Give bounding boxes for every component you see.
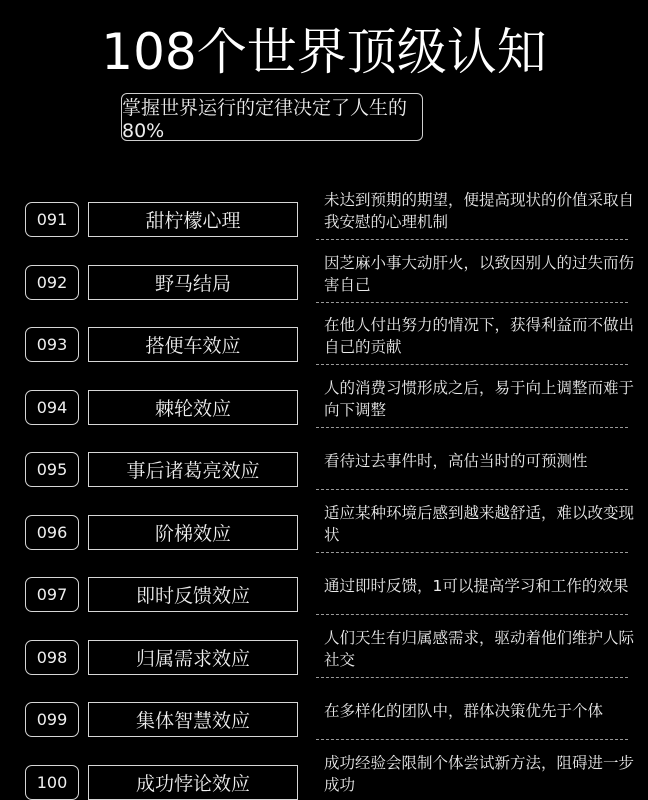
item-description-text: 人们天生有归属感需求，驱动着他们维护人际社交: [324, 627, 634, 671]
item-name: 成功悖论效应: [88, 765, 298, 800]
item-description: 人的消费习惯形成之后，易于向上调整而难于向下调整: [324, 373, 634, 425]
item-description-text: 看待过去事件时，高估当时的可预测性: [324, 450, 588, 472]
list-item: 093 搭便车效应 在他人付出努力的情况下，获得利益而不做出自己的贡献: [0, 302, 648, 365]
item-description-text: 通过即时反馈，1可以提高学习和工作的效果: [324, 575, 628, 597]
list-item: 099 集体智慧效应 在多样化的团队中，群体决策优先于个体: [0, 677, 648, 740]
list-item: 091 甜柠檬心理 未达到预期的期望，便提高现状的价值采取自我安慰的心理机制: [0, 177, 648, 240]
item-description-text: 因芝麻小事大动肝火，以致因别人的过失而伤害自己: [324, 252, 634, 296]
item-number-badge: 098: [25, 640, 79, 675]
item-description: 适应某种环境后感到越来越舒适，难以改变现状: [324, 498, 634, 550]
item-description: 看待过去事件时，高估当时的可预测性: [324, 435, 634, 487]
item-name: 搭便车效应: [88, 327, 298, 362]
subtitle-text: 掌握世界运行的定律决定了人生的80%: [122, 93, 422, 142]
item-number-badge: 091: [25, 202, 79, 237]
item-number-badge: 094: [25, 390, 79, 425]
list-item: 097 即时反馈效应 通过即时反馈，1可以提高学习和工作的效果: [0, 552, 648, 615]
item-name: 即时反馈效应: [88, 577, 298, 612]
list-item: 092 野马结局 因芝麻小事大动肝火，以致因别人的过失而伤害自己: [0, 240, 648, 303]
item-description-text: 人的消费习惯形成之后，易于向上调整而难于向下调整: [324, 377, 634, 421]
item-description: 通过即时反馈，1可以提高学习和工作的效果: [324, 560, 634, 612]
item-description: 因芝麻小事大动肝火，以致因别人的过失而伤害自己: [324, 248, 634, 300]
item-description: 在多样化的团队中，群体决策优先于个体: [324, 685, 634, 737]
item-name: 野马结局: [88, 265, 298, 300]
list-item: 095 事后诸葛亮效应 看待过去事件时，高估当时的可预测性: [0, 427, 648, 490]
item-number-badge: 100: [25, 765, 79, 800]
item-description: 成功经验会限制个体尝试新方法，阻碍进一步成功: [324, 748, 634, 800]
item-name: 事后诸葛亮效应: [88, 452, 298, 487]
list-item: 098 归属需求效应 人们天生有归属感需求，驱动着他们维护人际社交: [0, 615, 648, 678]
item-description-text: 适应某种环境后感到越来越舒适，难以改变现状: [324, 502, 634, 546]
item-description: 人们天生有归属感需求，驱动着他们维护人际社交: [324, 623, 634, 675]
item-description-text: 成功经验会限制个体尝试新方法，阻碍进一步成功: [324, 752, 634, 796]
item-name: 棘轮效应: [88, 390, 298, 425]
item-number-badge: 093: [25, 327, 79, 362]
item-number-badge: 097: [25, 577, 79, 612]
list-item: 094 棘轮效应 人的消费习惯形成之后，易于向上调整而难于向下调整: [0, 365, 648, 428]
item-description: 未达到预期的期望，便提高现状的价值采取自我安慰的心理机制: [324, 185, 634, 237]
subtitle-box: 掌握世界运行的定律决定了人生的80%: [121, 93, 423, 141]
item-name: 归属需求效应: [88, 640, 298, 675]
item-description-text: 在多样化的团队中，群体决策优先于个体: [324, 700, 603, 722]
item-name: 集体智慧效应: [88, 702, 298, 737]
list-item: 096 阶梯效应 适应某种环境后感到越来越舒适，难以改变现状: [0, 490, 648, 553]
item-description-text: 未达到预期的期望，便提高现状的价值采取自我安慰的心理机制: [324, 189, 634, 233]
concept-list: 091 甜柠檬心理 未达到预期的期望，便提高现状的价值采取自我安慰的心理机制 0…: [0, 177, 648, 800]
item-name: 甜柠檬心理: [88, 202, 298, 237]
item-number-badge: 099: [25, 702, 79, 737]
item-description: 在他人付出努力的情况下，获得利益而不做出自己的贡献: [324, 310, 634, 362]
item-number-badge: 095: [25, 452, 79, 487]
item-number-badge: 092: [25, 265, 79, 300]
item-number-badge: 096: [25, 515, 79, 550]
list-item: 100 成功悖论效应 成功经验会限制个体尝试新方法，阻碍进一步成功: [0, 740, 648, 800]
item-description-text: 在他人付出努力的情况下，获得利益而不做出自己的贡献: [324, 314, 634, 358]
item-name: 阶梯效应: [88, 515, 298, 550]
page-title: 108个世界顶级认知: [0, 20, 648, 84]
